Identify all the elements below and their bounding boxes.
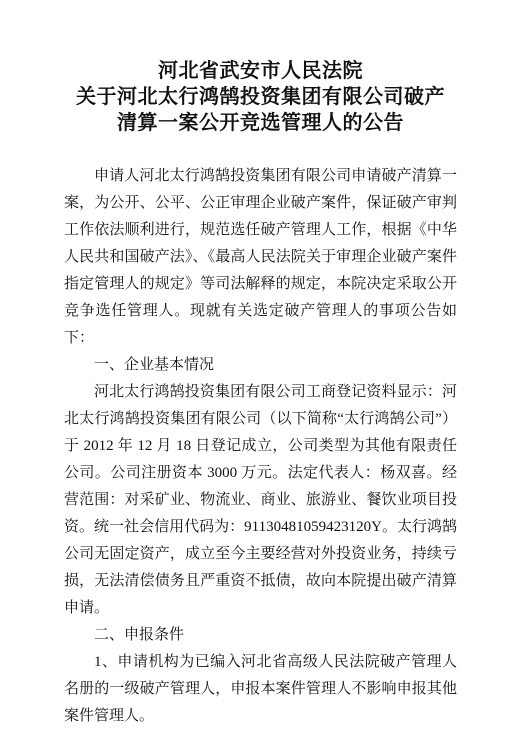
paragraph-intro: 申请人河北太行鸿鹄投资集团有限公司申请破产清算一案，为公开、公平、公正审理企业破…	[64, 163, 457, 352]
paragraph-company-info: 河北太行鸿鹄投资集团有限公司工商登记资料显示：河北太行鸿鹄投资集团有限公司（以下…	[64, 379, 457, 622]
section-heading-2: 二、申报条件	[64, 622, 457, 649]
document-body: 申请人河北太行鸿鹄投资集团有限公司申请破产清算一案，为公开、公平、公正审理企业破…	[64, 163, 457, 730]
document-title-line-2: 关于河北太行鸿鹄投资集团有限公司破产	[64, 84, 457, 110]
document-page: 河北省武安市人民法院 关于河北太行鸿鹄投资集团有限公司破产 清算一案公开竞选管理…	[0, 0, 519, 747]
document-title-line-1: 河北省武安市人民法院	[64, 58, 457, 84]
document-title-line-3: 清算一案公开竞选管理人的公告	[64, 110, 457, 136]
document-title: 河北省武安市人民法院 关于河北太行鸿鹄投资集团有限公司破产 清算一案公开竞选管理…	[64, 58, 457, 136]
paragraph-application-condition: 1、申请机构为已编入河北省高级人民法院破产管理人名册的一级破产管理人，申报本案件…	[64, 649, 457, 730]
section-heading-1: 一、企业基本情况	[64, 352, 457, 379]
